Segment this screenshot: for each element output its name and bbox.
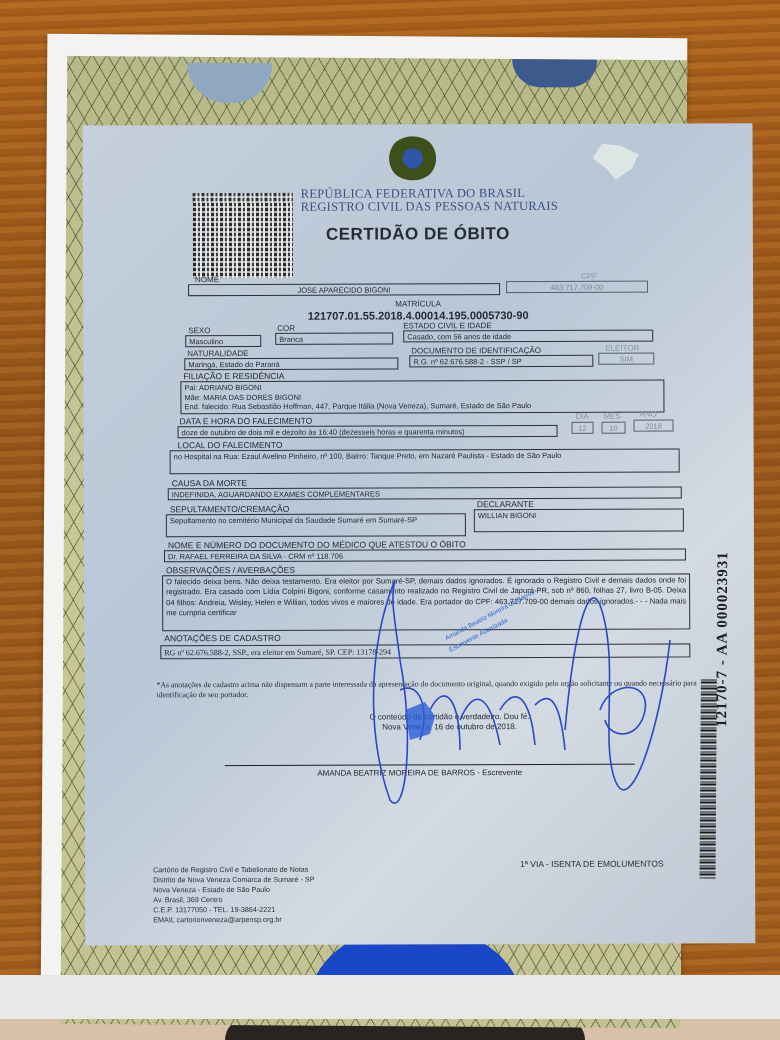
paper-fold-bottom [0, 975, 780, 1019]
sexo-label: SEXO [188, 326, 210, 335]
office-line: Av. Brasil, 369 Centro [153, 895, 314, 906]
ano-label: ANO [639, 410, 656, 419]
office-line: C.E.P. 13177050 - TEL. 19-3864-2221 [153, 905, 314, 916]
cpf-label: CPF [581, 272, 597, 281]
barcode [700, 678, 717, 878]
naturalidade-field: Maringá, Estado do Paraná [184, 357, 398, 370]
serial-strip: 12170-7 - AA 000023931 [691, 478, 728, 898]
via-label: 1ª VIA - ISENTA DE EMOLUMENTOS [520, 859, 664, 870]
office-line: Cartório de Registro Civil e Tabelionato… [153, 865, 314, 876]
causa-label: CAUSA DA MORTE [172, 478, 247, 488]
ano-field: 2018 [634, 419, 674, 431]
data-hora-label: DATA E HORA DO FALECIMENTO [179, 416, 312, 426]
dia-label: DIA [575, 412, 588, 421]
brazil-map-icon [593, 144, 639, 180]
eleitor-label: ELEITOR [605, 344, 639, 353]
eleitor-field: SIM [598, 353, 654, 365]
documento-label: DOCUMENTO DE IDENTIFICAÇÃO [411, 346, 541, 355]
serial-number: 12170-7 - AA 000023931 [714, 487, 733, 727]
mes-label: MÊS [603, 412, 620, 421]
dia-field: 12 [572, 422, 594, 434]
filiacao-field: Pai: ADRIANO BIGONI Mãe: MARIA DAS DORES… [180, 380, 664, 415]
declarante-field: WILLIAN BIGONI [474, 508, 684, 532]
anotacoes-label: ANOTAÇÕES DE CADASTRO [164, 633, 281, 643]
handwritten-signature [360, 580, 680, 810]
office-address: Cartório de Registro Civil e Tabelionato… [153, 865, 315, 926]
filiacao-label: FILIAÇÃO E RESIDÊNCIA [183, 371, 284, 381]
endereco-value: End. falecido: Rua Sebastião Hoffman, 44… [184, 401, 660, 412]
cor-label: COR [277, 324, 295, 333]
nome-field: JOSE APARECIDO BIGONI [188, 283, 500, 296]
matricula-label: MATRÍCULA [83, 298, 753, 309]
nome-label: NOME [195, 275, 219, 284]
office-email: EMAIL cartorionveneza@arpensp.org.br [153, 915, 314, 926]
data-hora-field: doze de outubro de dois mil e dezoito às… [178, 425, 558, 438]
estado-civil-field: Casado, com 56 anos de idade [403, 330, 653, 343]
coat-of-arms-icon [388, 136, 438, 180]
causa-field: INDEFINIDA, AGUARDANDO EXAMES COMPLEMENT… [168, 486, 682, 500]
sepultamento-field: Sepultamento no cemitério Municipal da S… [166, 513, 466, 537]
office-line: Nova Veneza - Estado de São Paulo [153, 885, 314, 896]
death-certificate: REPÚBLICA FEDERATIVA DO BRASIL REGISTRO … [82, 123, 755, 945]
sepultamento-label: SEPULTAMENTO/CREMAÇÃO [170, 504, 290, 514]
registry-heading: REGISTRO CIVIL DAS PESSOAS NATURAIS [301, 199, 558, 215]
declarante-label: DECLARANTE [477, 499, 534, 509]
cor-field: Branca [275, 332, 393, 344]
office-line: Distrito de Nova Veneza Comarca de Sumar… [153, 875, 314, 886]
certificate-title: CERTIDÃO DE ÓBITO [83, 223, 753, 245]
documento-field: R.G. nº 62.676.588-2 - SSP / SP [409, 355, 593, 368]
sexo-field: Masculino [185, 335, 261, 347]
medico-field: Dr. RAFAEL FERREIRA DA SILVA - CRM nº 11… [164, 548, 686, 562]
local-field: no Hospital na Rua: Ezaul Avelino Pinhei… [170, 448, 680, 474]
observacoes-label: OBSERVAÇÕES / AVERBAÇÕES [166, 565, 295, 575]
naturalidade-label: NATURALIDADE [187, 349, 248, 358]
printed-sheet: REPÚBLICA FEDERATIVA DO BRASIL REGISTRO … [41, 34, 688, 1008]
mes-field: 10 [602, 422, 626, 434]
local-label: LOCAL DO FALECIMENTO [178, 440, 283, 450]
cpf-field: 463.717.709-00 [506, 281, 648, 293]
estado-civil-label: ESTADO CIVIL E IDADE [403, 321, 491, 330]
